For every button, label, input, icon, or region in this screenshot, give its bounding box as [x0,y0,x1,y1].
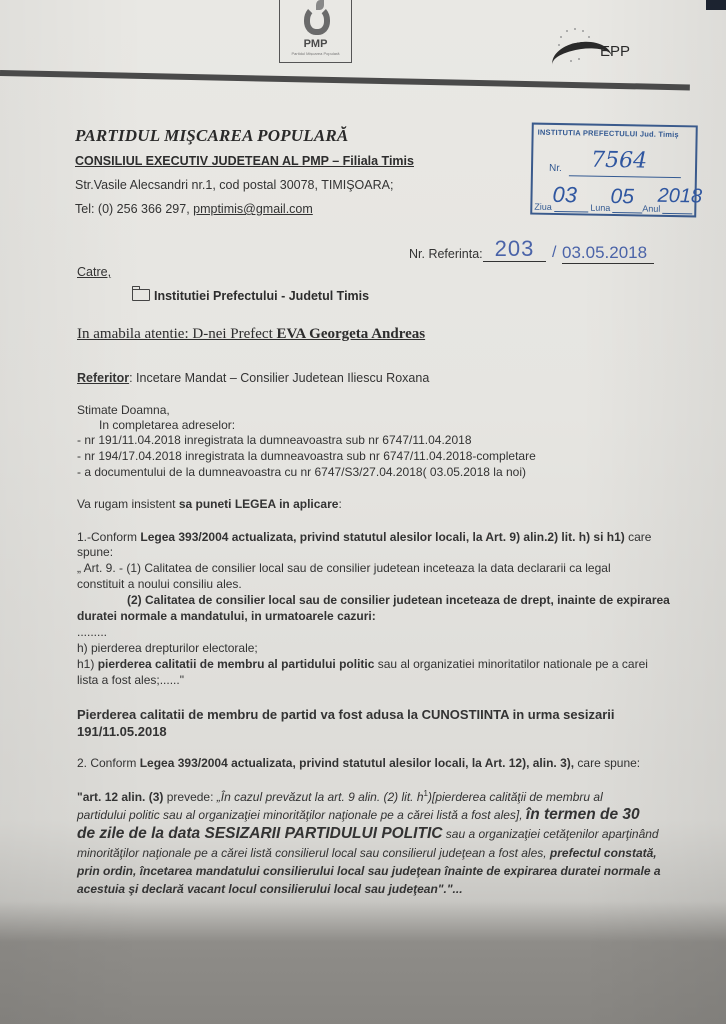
organization-address: Str.Vasile Alecsandri nr.1, cod postal 3… [75,178,393,192]
stamp-year-line [662,213,692,215]
point1-suffix: care [625,530,652,544]
pmp-logo-subtext: Partidul Mișcarea Populară [280,51,351,56]
stamp-nr-value: 7564 [591,148,647,174]
recipient-institution: Institutiei Prefectului - Judetul Timis [132,289,369,303]
quote2-line2: duratei normale a mandatului, in urmatoa… [77,609,376,623]
reference-label: Nr. Referinta: [409,247,483,261]
item-h1-line2: lista a fost ales;......" [77,673,184,687]
stamp-month-line [612,212,642,214]
epp-star-icon [588,36,590,38]
background-corner [706,0,726,10]
point2-quote-line5: prin ordin, încetarea mandatului consili… [77,864,661,878]
pmp-logo: PMP Partidul Mișcarea Populară [279,0,352,63]
point2-prefix: 2. Conform [77,756,140,770]
subject-text: : Incetare Mandat – Consilier Judetean I… [129,371,429,385]
point2-quote-line6: acestuia şi declară vacant locul consili… [77,882,463,896]
stamp-month-label: Luna [590,203,610,213]
item-h1-suffix: sau al organizatiei minoritatilor nation… [374,657,648,671]
point1-law: Legea 393/2004 actualizata, privind stat… [140,530,624,544]
quote1-line2: constituit a noului consiliu ales. [77,577,242,591]
pmp-logo-text: PMP [280,38,351,50]
quote-verb: prevede: [163,790,216,804]
stamp-day-label: Ziua [534,202,552,212]
quote-deadline-cont: de zile de la data SESIZARII PARTIDULUI … [77,825,442,842]
attention-line: In amabila atentie: D-nei Prefect EVA Ge… [77,326,425,343]
point2-quote-line3: de zile de la data SESIZARII PARTIDULUI … [77,825,659,843]
organization-contact: Tel: (0) 256 366 297, pmptimis@gmail.com [75,202,313,216]
reference-item: - a documentului de la dumneavoastra cu … [77,465,526,479]
stamp-year-value: 2018 [657,185,702,209]
stamp-nr-label: Nr. [549,163,562,174]
point2-quote-line2: partidului politic sau al organizaţiei m… [77,806,640,824]
reference-number: 203 [483,236,546,262]
recipient-label: Catre, [77,265,111,279]
quote-line3-italic: sau a organizaţiei cetăţenilor aparţinân… [442,827,658,841]
point2-law: Legea 393/2004 actualizata, privind stat… [140,756,574,770]
epp-star-icon [582,30,584,32]
request-colon: : [338,497,341,511]
quote-line4-italic: minorităţilor naţionale pe a cărei listă… [77,846,550,860]
quote-italic-a: „În cazul prevăzut la art. 9 alin. (2) l… [217,790,424,804]
quote-line2-italic: partidului politic sau al organizaţiei m… [77,808,526,822]
quote-italic-b: )[pierderea calităţii de membru al [428,790,603,804]
salutation: Stimate Doamna, [77,403,170,417]
point2-quote-line4: minorităţilor naţionale pe a cărei listă… [77,846,657,860]
pmp-apple-icon [304,5,330,35]
stamp-nr-line [569,175,681,178]
quote-prefect: prefectul constată, [550,846,657,860]
subject-line: Referitor: Incetare Mandat – Consilier J… [77,371,429,385]
point1-heading: 1.-Conform Legea 393/2004 actualizata, p… [77,530,651,544]
registration-stamp: INSTITUTIA PREFECTULUI Jud. Timiș Nr. 75… [530,123,698,218]
notice-line2: 191/11.05.2018 [77,724,167,739]
quote1-line1: „ Art. 9. - (1) Calitatea de consilier l… [77,561,611,575]
ellipsis: ......... [77,625,107,639]
request-text: Va rugam insistent [77,497,179,511]
request-line: Va rugam insistent sa puneti LEGEA in ap… [77,497,342,511]
intro-text: In completarea adreselor: [77,418,235,432]
request-emphasis: sa puneti LEGEA in aplicare [179,497,339,511]
epp-star-icon [560,36,562,38]
item-h: h) pierderea drepturilor electorale; [77,641,258,655]
item-h1-emphasis: pierderea calitatii de membru al partidu… [98,657,375,671]
organization-email-link[interactable]: pmptimis@gmail.com [193,202,313,216]
epp-star-icon [574,28,576,30]
item-h1-prefix: h1) [77,657,98,671]
quote-article: "art. 12 alin. (3) [77,790,163,804]
stamp-day-line [554,211,588,213]
folder-icon [132,289,150,301]
stamp-day-value: 03 [552,182,577,208]
quote-deadline: în termen de 30 [526,806,640,823]
organization-name: PARTIDUL MIŞCAREA POPULARĂ [75,126,348,146]
reference-item: - nr 191/11.04.2018 inregistrata la dumn… [77,433,472,447]
quote2-line1: (2) Calitatea de consilier local sau de … [127,593,670,607]
recipient-institution-name: Institutiei Prefectului - Judetul Timis [154,289,369,303]
reference-separator: / [552,244,556,262]
organization-phone: Tel: (0) 256 366 297, [75,202,193,216]
point2-suffix: care spune: [574,756,640,770]
organization-council: CONSILIUL EXECUTIV JUDETEAN AL PMP – Fil… [75,154,414,168]
item-h1: h1) pierderea calitatii de membru al par… [77,657,648,671]
epp-star-icon [558,44,560,46]
point1-line2: spune: [77,545,113,559]
epp-logo-text: EPP [600,43,630,60]
point2-quote-line1: "art. 12 alin. (3) prevede: „În cazul pr… [77,789,603,804]
notice-line1: Pierderea calitatii de membru de partid … [77,707,615,722]
attention-name: EVA Georgeta Andreas [277,326,426,342]
subject-label: Referitor [77,371,129,385]
attention-prefix: In amabila atentie: D-nei Prefect [77,326,277,342]
point1-prefix: 1.-Conform [77,530,140,544]
epp-logo: EPP [548,28,638,68]
point2-heading: 2. Conform Legea 393/2004 actualizata, p… [77,756,640,770]
reference-item: - nr 194/17.04.2018 inregistrata la dumn… [77,449,536,463]
stamp-title: INSTITUTIA PREFECTULUI Jud. Timiș [538,128,679,139]
stamp-month-value: 05 [610,185,634,209]
reference-date: 03.05.2018 [562,243,654,264]
epp-star-icon [566,30,568,32]
